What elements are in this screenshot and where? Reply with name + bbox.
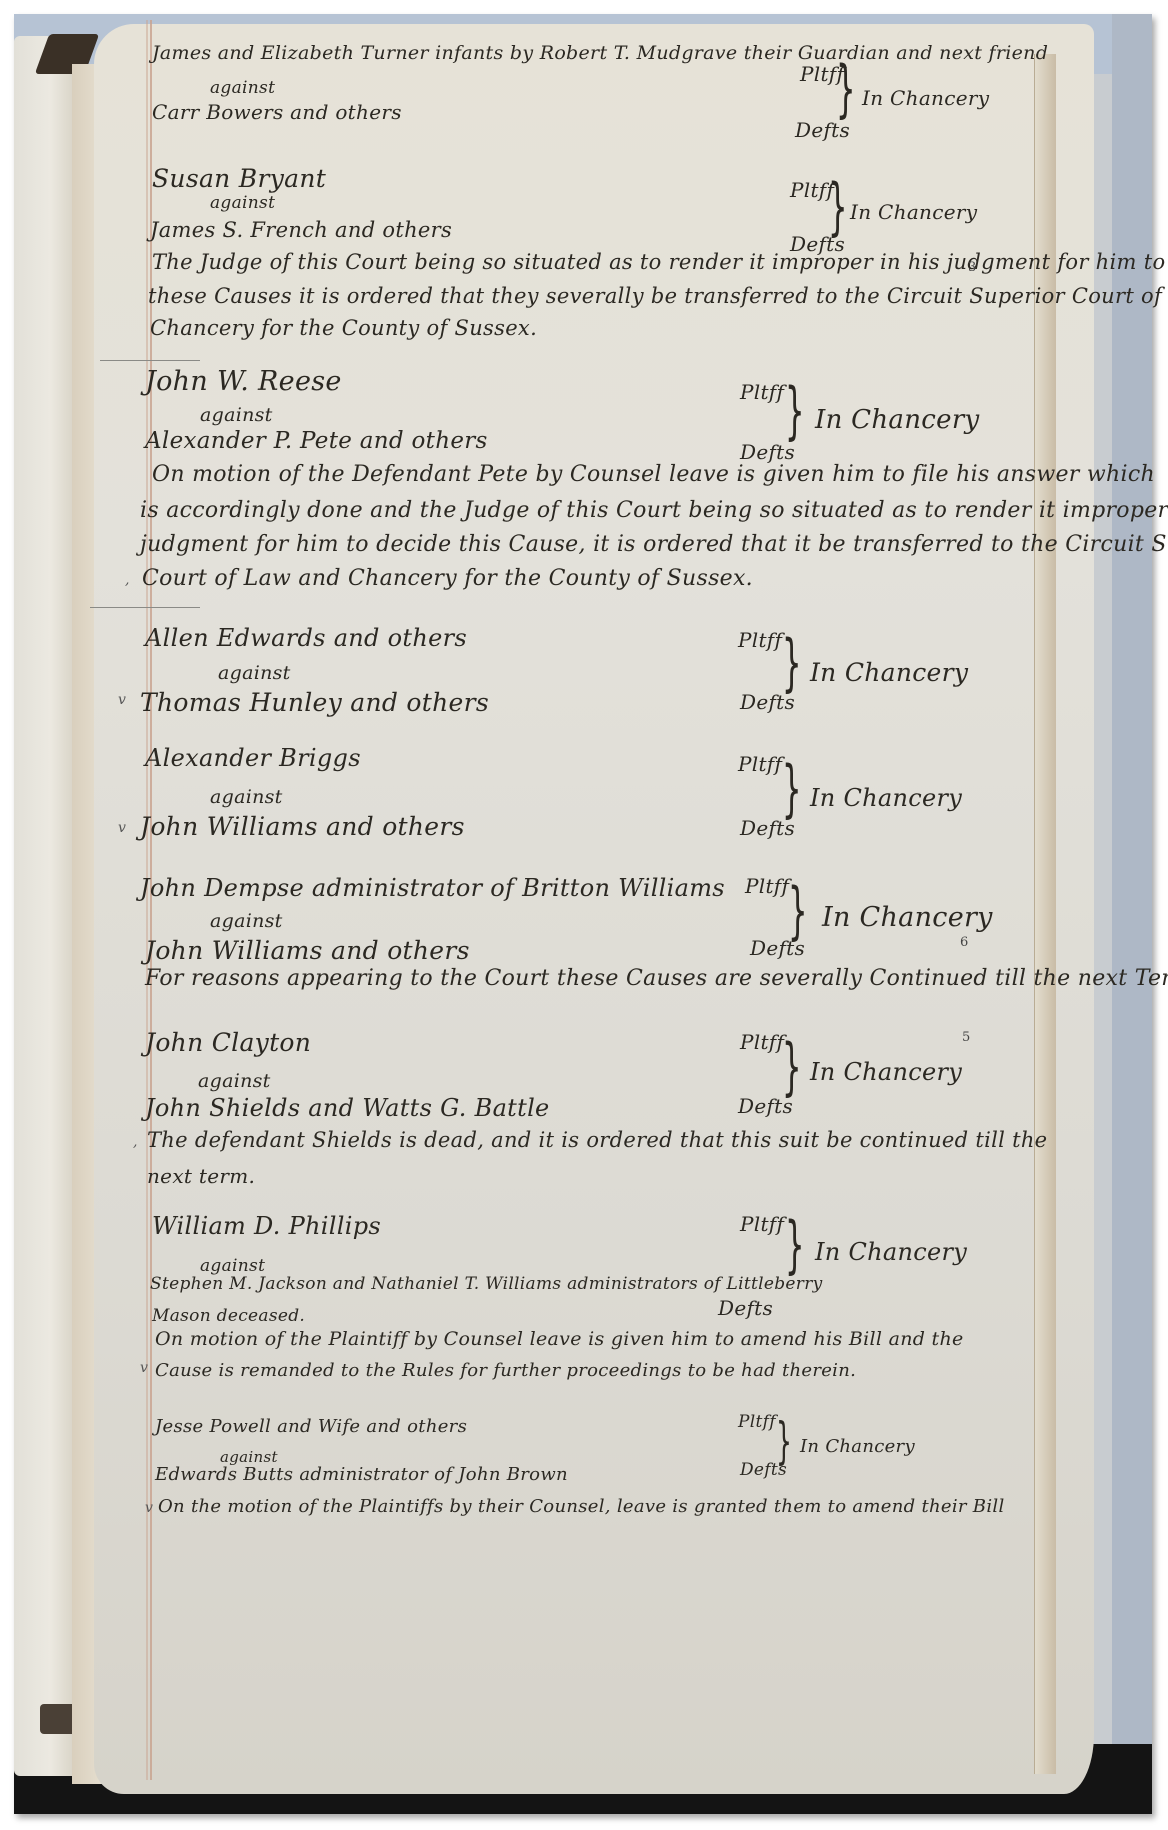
order-text: On motion of the Plaintiff by Counsel le… [155,1328,964,1350]
order-text: On motion of the Defendant Pete by Couns… [152,462,1155,487]
defendant-name: John Shields and Watts G. Battle [145,1094,550,1122]
defendant-name-continued: Mason deceased. [152,1306,305,1326]
order-text: Cause is remanded to the Rules for furth… [155,1360,856,1381]
defendant-name: Stephen M. Jackson and Nathaniel T. Will… [150,1274,823,1294]
defendants-label: Defts [718,1296,773,1320]
edge-mark: 3 [968,260,976,275]
order-text: Court of Law and Chancery for the County… [142,566,753,591]
order-text: is accordingly done and the Judge of thi… [140,498,1168,523]
defendant-name: John Williams and others [140,812,465,841]
brace-icon: } [782,758,802,820]
plaintiff-label: Pltff [745,874,789,898]
defendant-name: Carr Bowers and others [152,100,402,124]
plaintiff-label: Pltff [740,1212,784,1236]
plaintiff-name: Jesse Powell and Wife and others [155,1416,467,1437]
against-label: against [210,786,283,808]
court-label: In Chancery [862,86,989,110]
order-text: Chancery for the County of Sussex. [150,316,537,340]
margin-tick: , [125,572,129,588]
left-page-edge [14,36,74,1776]
plaintiff-name: John Clayton [145,1028,311,1057]
court-label: In Chancery [810,1058,962,1086]
margin-tick: v [118,692,126,708]
plaintiff-label: Pltff [738,1412,776,1432]
order-text: The defendant Shields is dead, and it is… [147,1128,1047,1152]
brace-icon: } [776,1416,792,1466]
defendant-name: John Williams and others [145,936,470,965]
defendants-label: Defts [740,1460,787,1480]
defendants-label: Defts [740,816,795,840]
defendants-label: Defts [738,1094,793,1118]
order-text: On the motion of the Plaintiffs by their… [158,1496,1005,1517]
brace-icon: } [836,58,856,120]
defendant-name: Edwards Butts administrator of John Brow… [155,1464,568,1485]
section-divider [100,360,200,361]
against-label: against [210,910,283,932]
plaintiff-name: Susan Bryant [152,164,326,193]
order-text: The Judge of this Court being so situate… [152,250,1168,274]
court-label: In Chancery [800,1436,915,1457]
defendant-name: Thomas Hunley and others [140,688,489,717]
court-label: In Chancery [810,784,962,812]
edge-mark: 5 [962,1030,970,1045]
order-text: these Causes it is ordered that they sev… [148,284,1168,308]
plaintiff-name: William D. Phillips [152,1212,381,1240]
brace-icon: } [785,380,805,442]
section-divider [90,607,200,608]
court-label: In Chancery [815,405,980,435]
court-label: In Chancery [815,1238,967,1266]
edge-mark: 6 [960,935,968,950]
plaintiff-name: John Dempse administrator of Britton Wil… [140,874,725,902]
against-label: against [218,662,291,684]
defendant-name: James S. French and others [150,218,452,242]
margin-tick: v [145,1500,153,1516]
margin-tick: , [133,1134,137,1150]
defendants-label: Defts [740,440,795,464]
brace-icon: } [785,1214,805,1276]
brace-icon: } [782,632,802,694]
against-label: against [200,404,273,426]
brace-icon: } [788,880,808,942]
order-text: next term. [147,1164,255,1188]
court-label: In Chancery [822,902,993,933]
plaintiff-name: James and Elizabeth Turner infants by Ro… [152,42,1048,64]
plaintiff-label: Pltff [740,1030,784,1054]
against-label: against [200,1256,265,1276]
plaintiff-label: Pltff [740,380,784,404]
against-label: against [198,1070,271,1092]
order-text: For reasons appearing to the Court these… [145,966,1168,991]
defendant-name: Alexander P. Pete and others [145,428,488,454]
defendants-label: Defts [795,118,850,142]
court-label: In Chancery [810,658,968,687]
plaintiff-label: Pltff [738,628,782,652]
defendants-label: Defts [740,690,795,714]
against-label: against [210,193,275,213]
margin-tick: v [118,820,126,836]
against-label: against [210,78,275,98]
plaintiff-label: Pltff [738,752,782,776]
brace-icon: } [828,176,848,238]
plaintiff-name: Allen Edwards and others [145,624,467,652]
brace-icon: } [782,1036,802,1098]
defendants-label: Defts [750,936,805,960]
order-text: judgment for him to decide this Cause, i… [140,532,1168,557]
plaintiff-name: Alexander Briggs [145,744,361,772]
stacked-page-edges [1034,54,1056,1774]
court-label: In Chancery [850,200,977,224]
margin-tick: v [140,1360,148,1376]
plaintiff-name: John W. Reese [145,366,342,397]
